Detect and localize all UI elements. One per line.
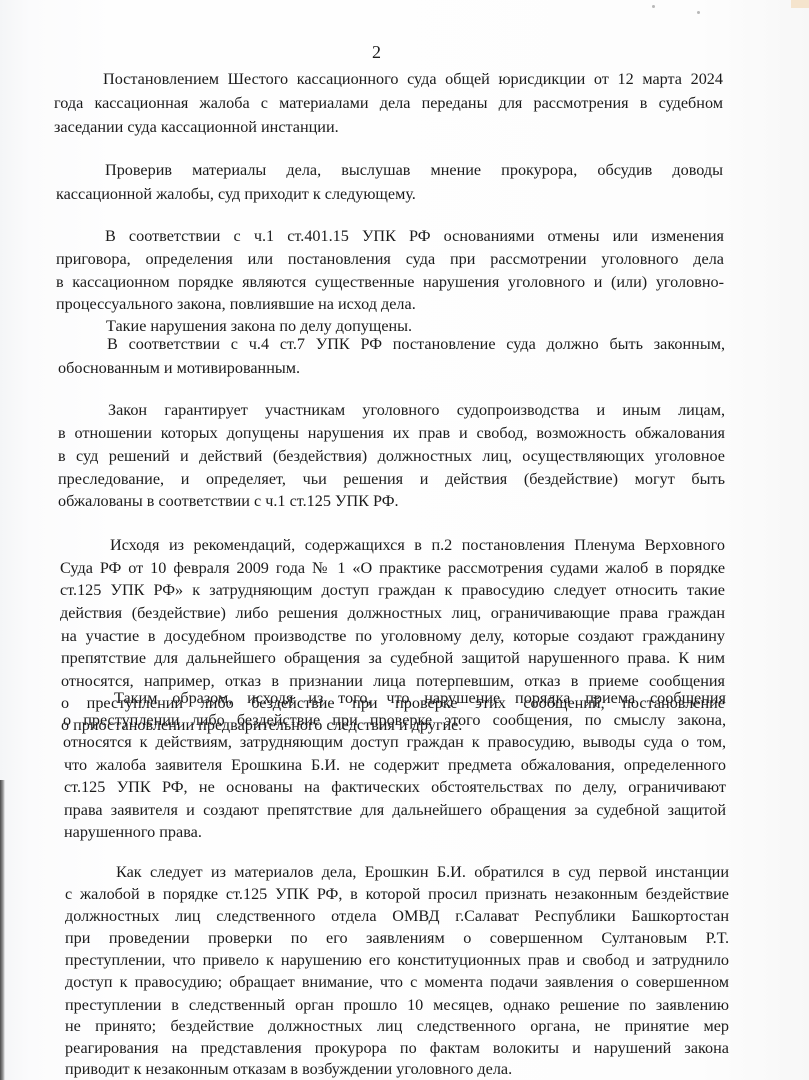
paragraph-7-line-2: Суда РФ от 10 февраля 2009 года № 1 «О п… bbox=[60, 558, 725, 578]
paragraph-6-line-5: обжалованы в соответствии с ч.1 ст.125 У… bbox=[58, 491, 399, 511]
page-edge-shadow bbox=[0, 780, 5, 1080]
paragraph-3-line-4: процессуального закона, повлиявшие на ис… bbox=[56, 294, 416, 314]
paragraph-1-line-2: года кассационная жалоба с материалами д… bbox=[54, 93, 723, 113]
paragraph-3-line-2: приговора, определения или постановления… bbox=[56, 249, 724, 269]
paragraph-1-line-1: Постановлением Шестого кассационного суд… bbox=[103, 69, 723, 89]
paragraph-5-line-1: В соответствии с ч.4 ст.7 УПК РФ постано… bbox=[107, 334, 725, 354]
paragraph-9-line-8: не принято; бездействие должностных лиц … bbox=[65, 1016, 729, 1036]
paragraph-8-line-3: относятся к действиям, затрудняющим дост… bbox=[63, 732, 726, 752]
paragraph-7-line-4: действия (бездействие) либо решения долж… bbox=[60, 603, 725, 623]
paragraph-7-line-3: ст.125 УПК РФ» к затрудняющим доступ гра… bbox=[60, 580, 725, 600]
paragraph-9-line-4: при проведении проверки по его заявления… bbox=[65, 928, 729, 948]
paragraph-9-line-1: Как следует из материалов дела, Ерошкин … bbox=[116, 862, 729, 882]
corner-tint bbox=[791, 0, 809, 8]
paragraph-9-line-6: доступ к правосудию; обращает внимание, … bbox=[65, 972, 729, 992]
paragraph-8-line-7: нарушенного права. bbox=[64, 822, 202, 842]
paragraph-1-line-3: заседании суда кассационной инстанции. bbox=[54, 117, 339, 137]
paragraph-8-line-6: права заявителя и создают препятствие дл… bbox=[64, 800, 726, 820]
paragraph-8-line-2: о преступлении либо бездействие при пров… bbox=[63, 710, 726, 730]
paragraph-9-line-7: преступлении в следственный орган прошло… bbox=[65, 995, 729, 1015]
scan-speck bbox=[697, 11, 700, 14]
paragraph-7-line-5: на участие в досудебном производстве по … bbox=[61, 626, 725, 646]
paragraph-9-line-3: должностных лиц следственного отдела ОМВ… bbox=[65, 906, 729, 926]
paragraph-9-line-9: реагирования на представления прокурора … bbox=[65, 1038, 729, 1058]
paragraph-7-line-6: препятствие для дальнейшего обращения за… bbox=[61, 648, 725, 668]
scan-speck bbox=[652, 5, 655, 8]
paragraph-8-line-4: что жалоба заявителя Ерошкина Б.И. не со… bbox=[64, 755, 726, 775]
paragraph-4-line-1: Такие нарушения закона по делу допущены. bbox=[106, 316, 412, 336]
paragraph-2-line-2: кассационной жалобы, суд приходит к след… bbox=[56, 184, 416, 204]
paragraph-8-line-1: Таким образом, исходя из того, что наруш… bbox=[114, 688, 726, 708]
paragraph-3-line-1: В соответствии с ч.1 ст.401.15 УПК РФ ос… bbox=[105, 226, 724, 246]
paragraph-6-line-3: в суд решений и действий (бездействия) д… bbox=[58, 446, 725, 466]
paragraph-5-line-2: обоснованным и мотивированным. bbox=[58, 358, 300, 378]
paragraph-6-line-4: преследование, и определяет, чьи решения… bbox=[58, 469, 725, 489]
paragraph-6-line-1: Закон гарантирует участникам уголовного … bbox=[108, 400, 725, 420]
document-page: 2 Постановлением Шестого кассационного с… bbox=[0, 0, 809, 1080]
paragraph-9-line-5: преступлении, что привело к нарушению ег… bbox=[65, 950, 729, 970]
paragraph-6-line-2: в отношении которых допущены нарушения и… bbox=[58, 423, 725, 443]
paragraph-3-line-3: в кассационном порядке являются существе… bbox=[56, 272, 724, 292]
page-number: 2 bbox=[372, 42, 381, 63]
paragraph-2-line-1: Проверив материалы дела, выслушав мнение… bbox=[105, 160, 723, 180]
paragraph-7-line-1: Исходя из рекомендаций, содержащихся в п… bbox=[110, 535, 725, 555]
paragraph-9-line-10: приводит к незаконным отказам в возбужде… bbox=[65, 1059, 512, 1079]
paragraph-9-line-2: с жалобой в порядке ст.125 УПК РФ, в кот… bbox=[65, 884, 729, 904]
paragraph-8-line-5: ст.125 УПК РФ, не основаны на фактически… bbox=[64, 777, 726, 797]
